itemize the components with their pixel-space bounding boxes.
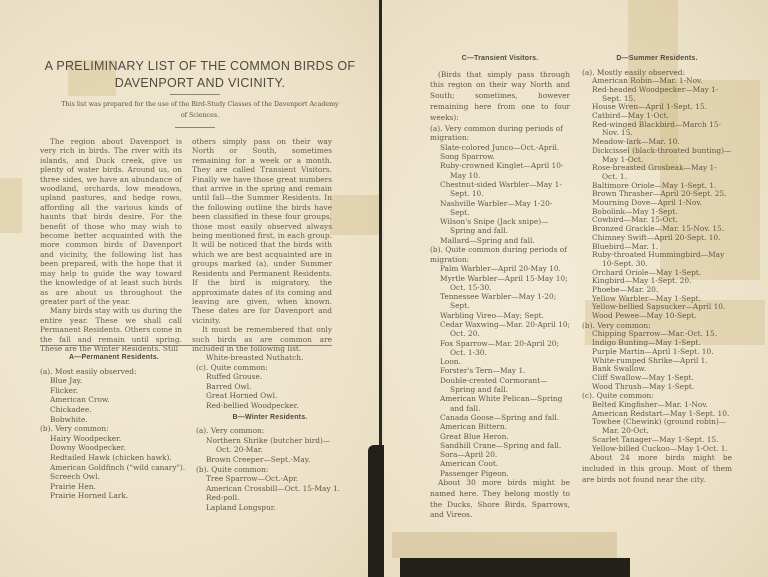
transient-groups: (a). Very common during periods of migra… [430,124,570,478]
bird-item: Great Blue Heron. [430,432,570,441]
bird-item: Ruby-crowned Kinglet—April 10-May 10. [430,161,570,180]
bird-item: Ruffed Grouse. [196,372,344,382]
bird-item: Barred Owl. [196,382,344,392]
section-heading: A—Permanent Residents. [40,353,188,363]
bird-item: Flicker. [40,386,188,396]
subtitle: This list was prepared for the use of th… [30,99,370,121]
title-line: A PRELIMINARY LIST OF THE COMMON BIRDS O… [20,58,380,75]
tape-stain [330,195,380,235]
bird-item: Tree Sparrow—Oct.-Apr. [196,474,344,484]
bird-item: Mallard—Spring and fall. [430,236,570,245]
transient-visitors-section: C—Transient Visitors. (Birds that simply… [430,54,570,521]
divider [175,127,215,128]
bird-item: Lapland Longspur. [196,503,344,513]
bird-item: Double-crested Cormorant—Spring and fall… [430,376,570,395]
section-intro: (Birds that simply pass through this reg… [430,70,570,124]
bird-item: Wood Pewee—May 10-Sept. [582,312,732,321]
bird-item: Red-winged Blackbird—March 15-Nov. 15. [582,121,732,138]
bird-item: Towhee (Chewink) (ground robin)—Mar. 20-… [582,418,732,435]
bird-item: Nashville Warbler—May 1-20-Sept. [430,199,570,218]
bird-item: Red-headed Woodpecker—May 1-Sept. 15. [582,86,732,103]
bird-item: Northern Shrike (butcher bird)—Oct. 20-M… [196,436,344,455]
bird-item: White-breasted Nuthatch. [196,353,344,363]
bird-item: Fox Sparrow—Mar. 20-April 20; Oct. 1-30. [430,339,570,358]
bird-item: Screech Owl. [40,472,188,482]
bird-item: Chestnut-sided Warbler—May 1-Sept. 10. [430,180,570,199]
bird-item: Sandhill Crane—Spring and fall. [430,441,570,450]
intro-column-2: others simply pass on their way North or… [192,137,332,353]
permanent-residents-section: A—Permanent Residents. (a). Most easily … [40,353,188,501]
section-note: About 30 more birds might be named here.… [430,478,570,521]
group-label: (b). Quite common during periods of migr… [430,245,570,264]
bird-item: Warbling Vireo—May; Sept. [430,311,570,320]
bird-item: Red-bellied Woodpecker. [196,401,344,411]
group-label: (b). Quite common: [196,465,344,475]
bird-item: Forster's Tern—May 1. [430,366,570,375]
bird-item: Hairy Woodpecker. [40,434,188,444]
subtitle-line: of Sciences. [30,110,370,121]
bird-item: Rose-breasted Grosbeak—May 1-Oct. 1. [582,164,732,181]
permanent-continued-and-winter-section: White-breasted Nuthatch.(c). Quite commo… [196,353,344,513]
bird-item: Great Horned Owl. [196,391,344,401]
summer-groups: (a). Mostly easily observed:American Rob… [582,68,732,454]
paragraph: The region about Davenport is very rich … [40,137,182,306]
section-heading: B—Winter Residents. [196,413,344,423]
bird-item: Wood Thrush—May 1-Sept. [582,383,732,392]
bird-item: Chickadee. [40,405,188,415]
bird-item: Wilson's Snipe (Jack snipe)—Spring and f… [430,217,570,236]
permanent-continued: White-breasted Nuthatch.(c). Quite commo… [196,353,344,411]
bird-item: Ruby-throated Hummingbird—May 10-Sept. 3… [582,251,732,268]
group-label: (a). Very common: [196,426,344,436]
bird-item: Redtailed Hawk (chicken hawk). [40,453,188,463]
group-label: (c). Quite common: [196,363,344,373]
section-heading: C—Transient Visitors. [430,54,570,64]
bird-item: Dickcissel (black-throated bunting)—May … [582,147,732,164]
bird-item: Downy Woodpecker. [40,443,188,453]
bird-item: Passenger Pigeon. [430,469,570,478]
bird-item: American Crow. [40,395,188,405]
bird-item: Blue Jay. [40,376,188,386]
bird-item: Loon. [430,357,570,366]
bird-item: Sora—April 20. [430,450,570,459]
group-label: (a). Very common during periods of migra… [430,124,570,143]
paragraph: It must be remembered that only such bir… [192,325,332,353]
bird-item: Slate-colored Junco—Oct.-April. [430,143,570,152]
bird-item: Song Sparrow. [430,152,570,161]
bird-item: Palm Warbler—April 20-May 10. [430,264,570,273]
divider [170,94,220,95]
bird-item: Cedar Waxwing—Mar. 20-April 10; Oct. 20. [430,320,570,339]
torn-edge [368,445,384,577]
bird-item: Brown Creeper—Sept.-May. [196,455,344,465]
bird-item: Prairie Horned Lark. [40,491,188,501]
bird-item: American White Pelican—Spring and fall. [430,394,570,413]
bird-item: Yellow-billed Cuckoo—May 1-Oct. 1. [582,445,732,454]
intro-column-1: The region about Davenport is very rich … [40,137,182,353]
group-a: (a). Most easily observed:Blue Jay.Flick… [40,367,188,501]
bird-item: Canada Goose—Spring and fall. [430,413,570,422]
bird-item: Prairie Hen. [40,482,188,492]
winter-groups: (a). Very common:Northern Shrike (butche… [196,426,344,512]
group-label: (a). Most easily observed: [40,367,188,377]
bird-item: Bobwhite. [40,415,188,425]
torn-paper [392,532,617,558]
group-label: (b). Very common: [40,424,188,434]
bird-item: American Crossbill—Oct. 15-May 1. [196,484,344,494]
section-note: About 24 more birds might be included in… [582,453,732,485]
paragraph: others simply pass on their way North or… [192,137,332,325]
bird-item: American Coot. [430,459,570,468]
document-title: A PRELIMINARY LIST OF THE COMMON BIRDS O… [20,58,380,92]
bird-item: Myrtle Warbler—April 15-May 10; Oct. 15-… [430,274,570,293]
title-line: DAVENPORT AND VICINITY. [20,75,380,92]
subtitle-line: This list was prepared for the use of th… [30,99,370,110]
bird-item: Tennessee Warbler—May 1-20; Sept. [430,292,570,311]
tape-stain [0,178,22,233]
divider [40,345,332,346]
torn-edge [400,558,630,577]
bird-item: Red-poll. [196,493,344,503]
bird-item: American Goldfinch ("wild canary"). [40,463,188,473]
paragraph: Many birds stay with us during the entir… [40,306,182,353]
summer-residents-section: D—Summer Residents. (a). Mostly easily o… [582,54,732,486]
bird-item: American Bittern. [430,422,570,431]
section-heading: D—Summer Residents. [582,54,732,64]
